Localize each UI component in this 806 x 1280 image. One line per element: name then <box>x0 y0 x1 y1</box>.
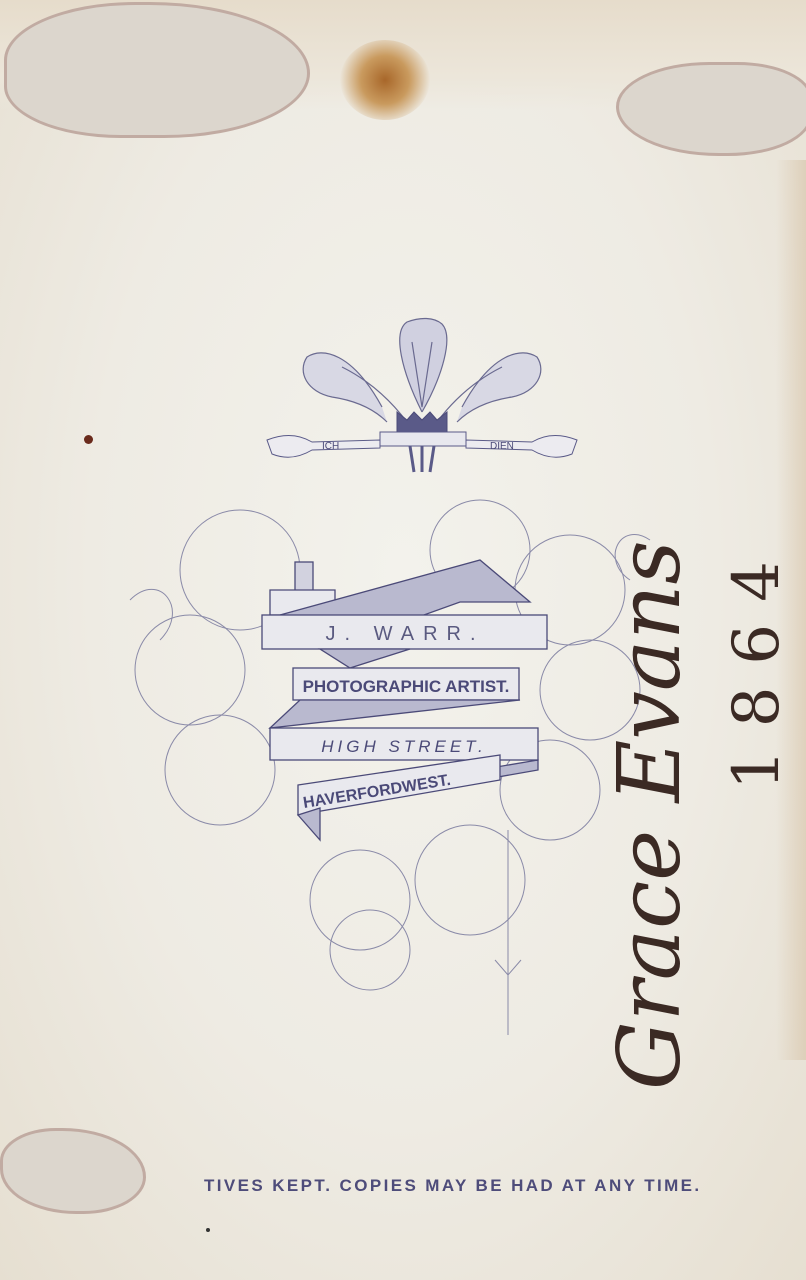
handwritten-year: 1864 <box>720 539 794 790</box>
rust-stain-top <box>340 40 430 120</box>
motto-right: DIEN <box>490 441 514 452</box>
photographer-name: J. WARR. <box>325 623 484 645</box>
ink-speck <box>206 1228 210 1232</box>
imprint-banner: J. WARR. PHOTOGRAPHIC ARTIST. HIGH STREE… <box>260 540 550 850</box>
photo-card-back: ICH DIEN J. WARR. <box>0 0 806 1280</box>
ink-spot <box>84 435 93 444</box>
water-stain-bottom-left <box>0 1128 146 1214</box>
negatives-kept-notice: TIVES KEPT. COPIES MAY BE HAD AT ANY TIM… <box>204 1176 702 1196</box>
photographer-title: PHOTOGRAPHIC ARTIST. <box>303 677 510 696</box>
crest-feathers-emblem: ICH DIEN <box>262 312 582 477</box>
water-stain-top-left <box>4 2 310 138</box>
motto-left: ICH <box>322 441 339 452</box>
handwritten-name: Grace Evans <box>600 90 700 1090</box>
street-address: HIGH STREET. <box>321 737 486 756</box>
